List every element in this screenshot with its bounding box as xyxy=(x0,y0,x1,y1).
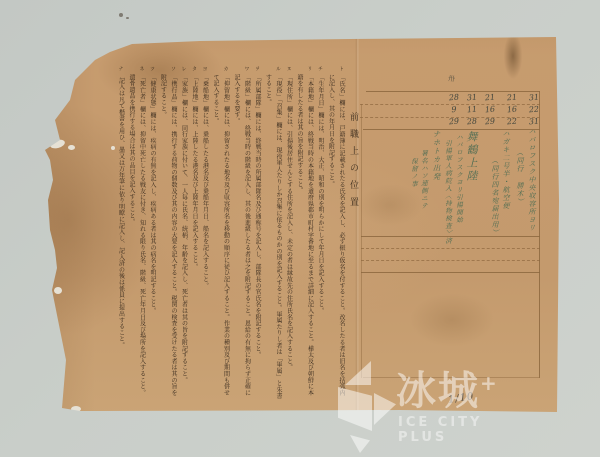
instruction-item: ヨ 「乗船地」欄には、乗船したる港名及び乗船年月日、船名を記入すること。 xyxy=(199,74,210,400)
item-text: 「死亡者」欄には、抑留中死亡したる戦友に付き、知れる限り氏名、階級、死亡年月日及… xyxy=(128,74,146,396)
photograph-of-document: ト 「氏名」欄には、戸籍簿に記載されたる氏名を記入し、必ず振り仮名を付すること。… xyxy=(0,0,600,457)
watermark-brand-text: 冰城 xyxy=(396,368,480,414)
item-text: 「本籍地」欄には、終戦当時の本籍地を道府県郡市町村字番地に至るまで詳細に記入する… xyxy=(296,74,314,396)
instruction-item: ナ 記入は凡て楷書を用ひ、墨又は万年筆に依り明瞭に記入し、記入済の後は係員に提出… xyxy=(115,74,126,400)
table-cell: 29 xyxy=(482,115,499,128)
item-marker: ナ xyxy=(118,66,124,71)
item-marker: ツ xyxy=(149,66,155,71)
instruction-item: ト 「氏名」欄には、戸籍簿に記載されたる氏名を記入し、必ず振り仮名を付すること。… xyxy=(325,74,346,400)
item-marker: チ xyxy=(317,66,323,71)
instruction-item: タ 「上陸地」欄には、上陸したる港名及び上陸年月日を記入すること。 xyxy=(189,74,200,400)
ice-crystal-logo-icon xyxy=(338,387,372,431)
pencil-corner-mark: 卅 xyxy=(447,74,455,85)
handwritten-note: ナホトカ出発 xyxy=(431,130,442,181)
ice-crystal-logo-icon xyxy=(350,435,370,453)
item-text: 「健康状態」欄には、疾病の有無を記入し、疾病ある者は其の病名を明記すること。 xyxy=(149,78,156,314)
instruction-item: レ 「家族」欄には、同行家族に付いて、一人毎に氏名、続柄、年齢を記入し、死亡者は… xyxy=(178,74,189,400)
handwritten-note: 保留ノ事 xyxy=(410,158,419,188)
handwritten-note: ハガキ二号半・航空便 xyxy=(501,130,511,210)
instruction-item: ヌ 「現住所」欄には、引揚後居住せんとする住所を記入し、未定の者は縁故先の住所氏… xyxy=(283,74,294,400)
instruction-item: ソ 「携行品」欄には、携行する荷物の個数及び其の内容の大要を記入すること。税関の… xyxy=(157,74,178,400)
instruction-item: チ 「生年月日」欄には、明治、大正、昭和の別を明らかにして年月日を記入すること。 xyxy=(315,74,326,400)
table-rule-dashed xyxy=(361,248,540,249)
handwritten-note: 舞鶴上陸 xyxy=(463,131,479,183)
item-marker: ヲ xyxy=(254,66,260,71)
handwritten-note: ハバロフスク中央収容所ヨリ xyxy=(527,128,537,232)
table-cell: 22 xyxy=(504,115,521,128)
handwritten-note: ハバロフスクヨリ引揚開始 xyxy=(455,134,464,224)
instruction-item: ル 「現役」「召集」欄には、現役軍人たりしか召集に依るものかの別を記入すること。… xyxy=(262,74,283,400)
item-marker: ト xyxy=(338,66,344,71)
handwritten-note: （同行四名宛届出用） xyxy=(490,157,500,237)
section-label: 前職上の位置 xyxy=(347,112,360,214)
ice-crystal-logo-icon xyxy=(374,393,396,425)
item-text: 「階級」欄には、終戦当時の階級を記入し、其の後進級したる者は之を附記すること。恩… xyxy=(233,74,251,396)
item-text: 「携行品」欄には、携行する荷物の個数及び其の内容の大要を記入すること。税関の検査… xyxy=(160,74,178,396)
watermark-subtitle: ICE CITY PLUS xyxy=(398,415,530,445)
paper-chip xyxy=(54,287,62,294)
item-text: 記入は凡て楷書を用ひ、墨又は万年筆に依り明瞭に記入し、記入済の後は係員に提出する… xyxy=(118,78,125,349)
item-text: 「家族」欄には、同行家族に付いて、一人毎に氏名、続柄、年齢を記入し、死亡者は其の… xyxy=(181,78,188,384)
table-cell: 31 xyxy=(526,115,543,128)
watermark: 冰城+ ICE CITY PLUS xyxy=(330,355,530,455)
item-marker: リ xyxy=(307,66,313,71)
dust-speck xyxy=(126,17,129,19)
watermark-brand: 冰城+ xyxy=(396,363,499,411)
item-marker: ル xyxy=(275,66,281,71)
instruction-item: ワ 「階級」欄には、終戦当時の階級を記入し、其の後進級したる者は之を附記すること… xyxy=(231,74,252,400)
item-marker: タ xyxy=(191,66,197,71)
instruction-item: ネ 「死亡者」欄には、抑留中死亡したる戦友に付き、知れる限り氏名、階級、死亡年月… xyxy=(126,74,147,400)
item-marker: ヌ xyxy=(286,66,292,71)
table-cell: 28 xyxy=(464,115,481,128)
item-marker: カ xyxy=(223,66,229,71)
item-text: 「氏名」欄には、戸籍簿に記載されたる氏名を記入し、必ず振り仮名を付すること。改名… xyxy=(328,74,346,396)
item-text: 「上陸地」欄には、上陸したる港名及び上陸年月日を記入すること。 xyxy=(191,78,198,270)
paper-chip xyxy=(49,138,66,150)
item-text: 「所属部隊」欄には、終戦当時の所属部隊名及び通称号を記入し、部隊長の官氏名を附記… xyxy=(254,78,261,359)
item-text: 「抑留地」欄には、抑留されたる地名及び収容所名を移動の順序に従ひ記入すること。作… xyxy=(212,74,230,396)
paper-chip xyxy=(68,145,75,150)
instruction-item: リ 「本籍地」欄には、終戦当時の本籍地を道府県郡市町村字番地に至るまで詳細に記入… xyxy=(294,74,315,400)
watermark-plus: + xyxy=(480,371,499,395)
instruction-item: ツ 「健康状態」欄には、疾病の有無を記入し、疾病ある者は其の病名を明記すること。 xyxy=(147,74,158,400)
table-rule xyxy=(361,272,540,273)
handwritten-note: 引揚軍人病院入〈持物検査〉済 xyxy=(444,140,453,245)
table-border-left xyxy=(361,104,362,378)
table-cell: 29 xyxy=(446,115,463,128)
instruction-item: カ 「抑留地」欄には、抑留されたる地名及び収容所名を移動の順序に従ひ記入すること… xyxy=(210,74,231,400)
handwritten-note: 署名ハソ連側ニテ xyxy=(420,150,429,210)
item-text: 「生年月日」欄には、明治、大正、昭和の別を明らかにして年月日を記入すること。 xyxy=(317,78,324,314)
item-marker: ヨ xyxy=(202,66,208,71)
instruction-item: ヲ 「所属部隊」欄には、終戦当時の所属部隊名及び通称号を記入し、部隊長の官氏名を… xyxy=(252,74,263,400)
item-marker: ソ xyxy=(170,66,176,71)
handwritten-note: （同行 勝木） xyxy=(515,149,525,206)
table-rule xyxy=(363,129,540,130)
table-rule-dashed xyxy=(361,260,540,261)
item-marker: ワ xyxy=(244,66,250,71)
dust-speck xyxy=(119,13,123,17)
table-border-right xyxy=(539,91,540,378)
item-text: 「現住所」欄には、引揚後居住せんとする住所を記入し、未定の者は縁故先の住所氏名を… xyxy=(286,78,293,371)
item-text: 「乗船地」欄には、乗船したる港名及び乗船年月日、船名を記入すること。 xyxy=(202,78,209,289)
item-text: 「現役」「召集」欄には、現役軍人たりしか召集に依るものかの別を記入すること。軍属… xyxy=(265,74,283,399)
printed-instructions-block: ト 「氏名」欄には、戸籍簿に記載されたる氏名を記入し、必ず振り仮名を付すること。… xyxy=(102,66,346,400)
item-marker: ネ xyxy=(139,66,145,71)
paper-chip xyxy=(71,406,81,412)
item-marker: レ xyxy=(181,66,187,71)
ice-crystal-logo-icon xyxy=(345,361,371,385)
